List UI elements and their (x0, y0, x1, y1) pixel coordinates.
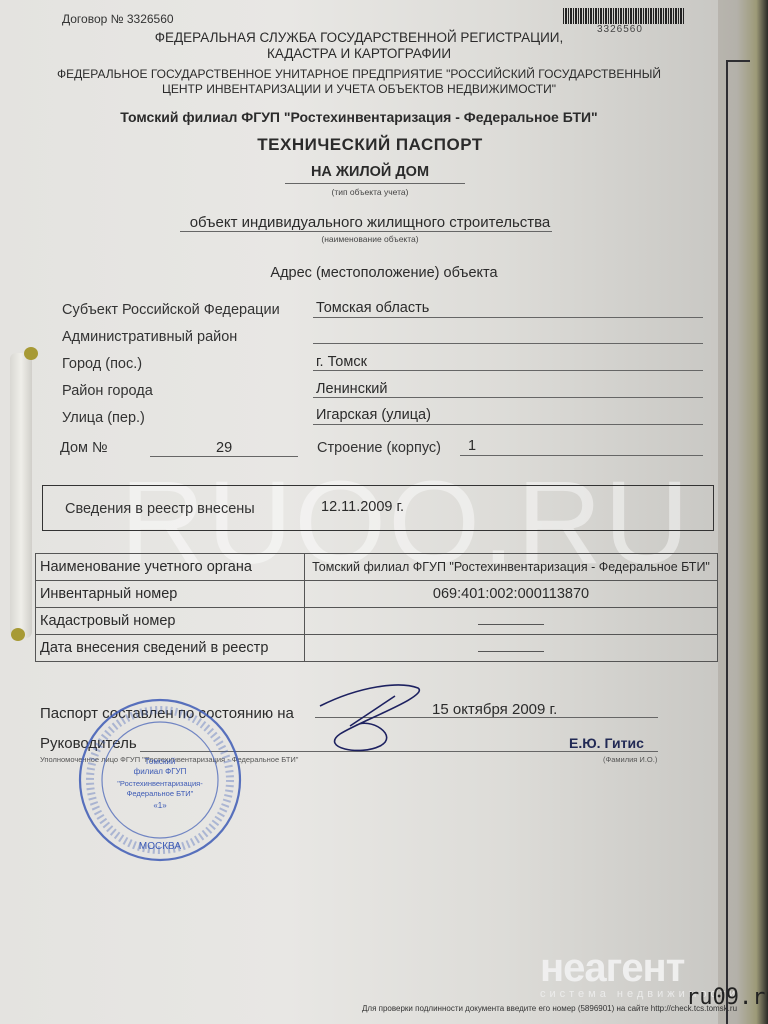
address-label-region: Субъект Российской Федерации (62, 302, 280, 318)
address-underline (313, 397, 703, 398)
table-cell-label: Наименование учетного органа (36, 554, 305, 581)
svg-text:"Ростехинвентаризация-: "Ростехинвентаризация- (117, 779, 203, 788)
address-label-district: Административный район (62, 329, 237, 345)
watermark-logo: неагент (540, 946, 684, 991)
info-table: Наименование учетного органа Томский фил… (35, 553, 718, 662)
svg-text:«1»: «1» (153, 801, 167, 810)
address-underline (313, 370, 703, 371)
contract-number: Договор № 3326560 (62, 12, 174, 26)
object-name-caption: (наименование объекта) (0, 234, 740, 244)
building-value: 1 (468, 438, 476, 454)
address-heading: Адрес (местоположение) объекта (0, 265, 768, 281)
registry-box: Сведения в реестр внесены 12.11.2009 г. (42, 485, 714, 531)
address-value-city: г. Томск (316, 354, 367, 370)
address-underline (313, 317, 703, 318)
table-cell-label: Дата внесения сведений в реестр (36, 635, 305, 662)
table-cell-label: Инвентарный номер (36, 581, 305, 608)
address-label-city-district: Район города (62, 383, 153, 399)
table-cell-value: 069:401:002:000113870 (305, 581, 718, 608)
head-name: Е.Ю. Гитис (569, 735, 644, 751)
object-name: объект индивидуального жилищного строите… (0, 214, 740, 231)
table-row: Дата внесения сведений в реестр (36, 635, 718, 662)
watermark-site: ru09.ru (686, 985, 768, 1010)
object-type-caption: (тип объекта учета) (0, 187, 740, 197)
table-cell-label: Кадастровый номер (36, 608, 305, 635)
house-value: 29 (216, 440, 232, 456)
seal-stamp-icon: Томский филиал ФГУП "Ростехинвентаризаци… (64, 694, 252, 864)
table-row: Наименование учетного органа Томский фил… (36, 554, 718, 581)
verification-note: Для проверки подлинности документа введи… (362, 1004, 737, 1013)
signature-icon (300, 676, 440, 756)
empty-dash (478, 645, 544, 652)
barcode-icon (563, 8, 685, 24)
address-value-street: Игарская (улица) (316, 407, 431, 423)
table-cell-value: Томский филиал ФГУП "Ростехинвентаризаци… (305, 554, 718, 581)
svg-text:филиал ФГУП: филиал ФГУП (134, 767, 187, 776)
empty-dash (478, 618, 544, 625)
address-value-region: Томская область (316, 300, 429, 316)
address-underline (313, 424, 703, 425)
object-name-underline (180, 231, 552, 232)
binding-ribbon (10, 353, 32, 638)
object-type: НА ЖИЛОЙ ДОМ (0, 164, 740, 180)
svg-text:Томский: Томский (145, 757, 176, 766)
svg-text:Федеральное БТИ": Федеральное БТИ" (127, 789, 194, 798)
fio-caption: (Фамилия И.О.) (603, 755, 657, 764)
background-sheet-frame (726, 60, 750, 1024)
branch-name: Томский филиал ФГУП "Ростехинвентаризаци… (0, 109, 718, 125)
address-label-city: Город (пос.) (62, 356, 142, 372)
address-label-street: Улица (пер.) (62, 410, 145, 426)
object-type-underline (285, 183, 465, 184)
registry-label: Сведения в реестр внесены (65, 501, 255, 517)
passport-compiled-date: 15 октября 2009 г. (432, 701, 557, 718)
table-row: Инвентарный номер 069:401:002:000113870 (36, 581, 718, 608)
address-value-city-district: Ленинский (316, 381, 388, 397)
table-cell-value-empty (305, 608, 718, 635)
svg-text:МОСКВА: МОСКВА (139, 841, 181, 852)
enterprise-title-line1: ФЕДЕРАЛЬНОЕ ГОСУДАРСТВЕННОЕ УНИТАРНОЕ ПР… (0, 67, 718, 81)
agency-title-line1: ФЕДЕРАЛЬНАЯ СЛУЖБА ГОСУДАРСТВЕННОЙ РЕГИС… (0, 30, 718, 45)
agency-title-line2: КАДАСТРА И КАРТОГРАФИИ (0, 46, 718, 61)
address-underline (313, 343, 703, 344)
table-cell-value-empty (305, 635, 718, 662)
building-label: Строение (корпус) (317, 440, 441, 456)
document-title: ТЕХНИЧЕСКИЙ ПАСПОРТ (0, 135, 740, 155)
ribbon-knot (24, 347, 38, 360)
registry-date: 12.11.2009 г. (321, 499, 404, 515)
enterprise-title-line2: ЦЕНТР ИНВЕНТАРИЗАЦИИ И УЧЕТА ОБЪЕКТОВ НЕ… (0, 82, 718, 96)
document-page: Договор № 3326560 3326560 ФЕДЕРАЛЬНАЯ СЛ… (0, 0, 718, 1024)
table-row: Кадастровый номер (36, 608, 718, 635)
ribbon-knot (11, 628, 25, 641)
house-label: Дом № (60, 440, 108, 456)
